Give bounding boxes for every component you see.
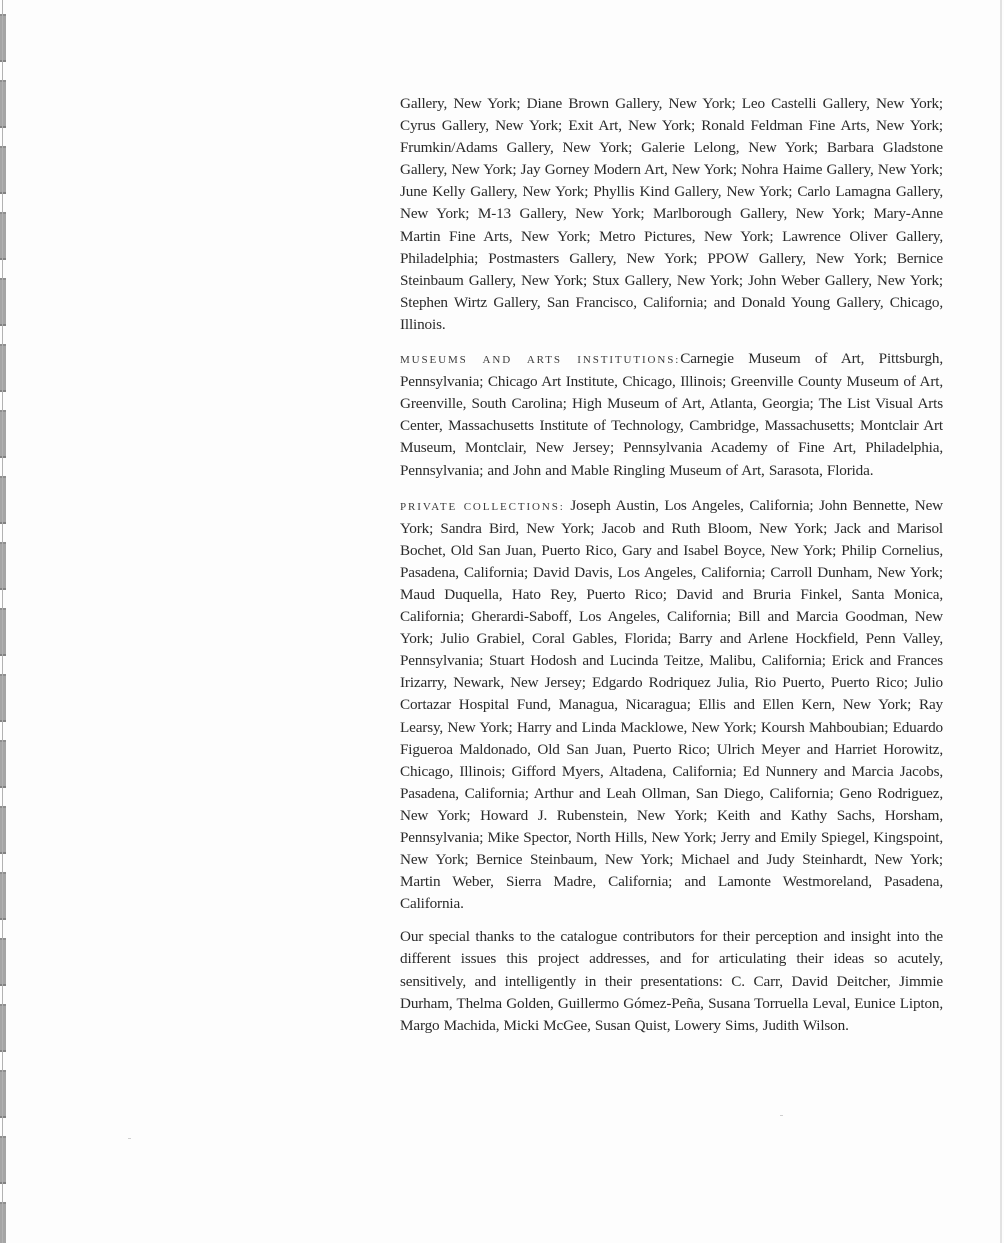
private-collections-text: Joseph Austin, Los Angeles, California; … [400,497,943,913]
museums-paragraph: Museums and Arts Institutions:Carnegie M… [400,348,943,482]
page-right-edge [1000,0,1002,1243]
private-collections-heading: Private Collections: [400,501,565,513]
thanks-text: Our special thanks to the catalogue cont… [400,928,943,1033]
page-body: Gallery, New York; Diane Brown Gallery, … [400,93,943,1049]
thanks-paragraph: Our special thanks to the catalogue cont… [400,926,943,1036]
museums-heading: Museums and Arts Institutions: [400,354,680,366]
scan-speck [128,1138,131,1139]
scan-speck [780,1115,783,1116]
galleries-text: Gallery, New York; Diane Brown Gallery, … [400,95,943,333]
museums-text: Carnegie Museum of Art, Pittsburgh, Penn… [400,350,943,478]
galleries-paragraph: Gallery, New York; Diane Brown Gallery, … [400,93,943,336]
private-collections-paragraph: Private Collections: Joseph Austin, Los … [400,495,943,916]
scanned-binding-edge [0,0,6,1243]
